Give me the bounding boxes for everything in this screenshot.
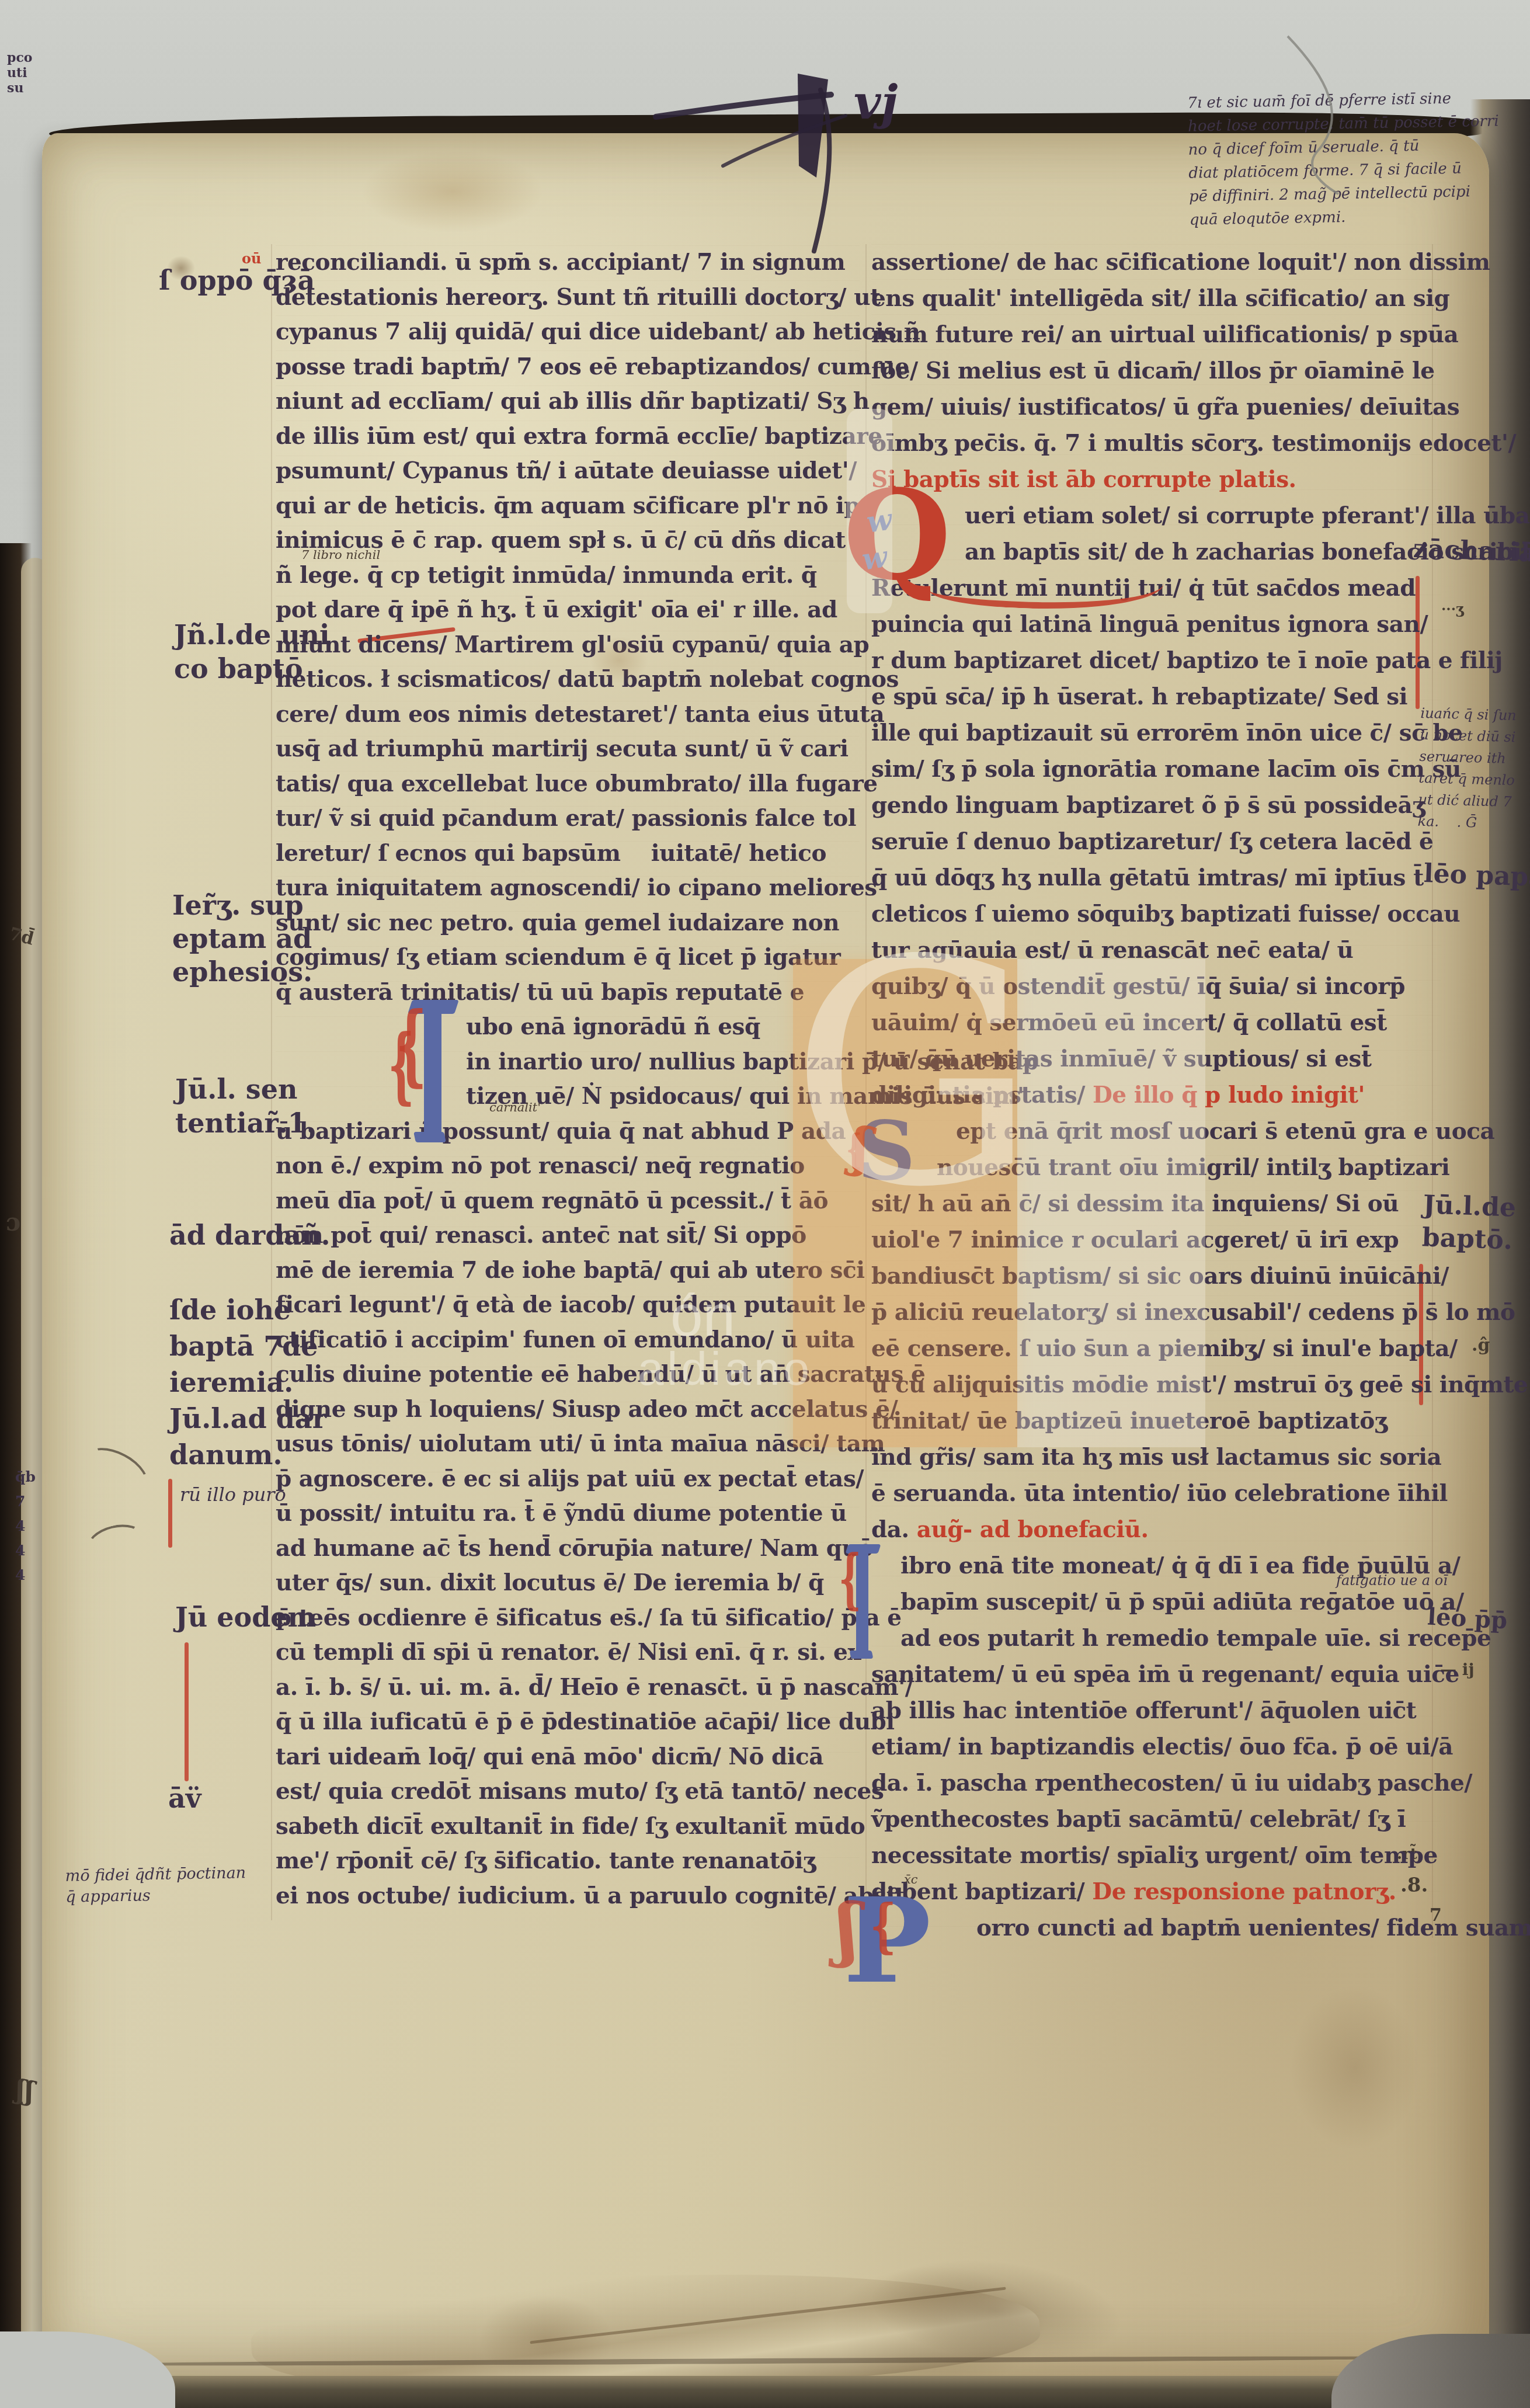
manuscript-photo: pcoutisu vj 7ı et sic uam̄ foī dē pferre… xyxy=(0,0,1530,2408)
initial-I-blue: { xyxy=(410,1000,457,1147)
initial-letter: P xyxy=(843,1889,969,1994)
interlinear-gloss: 7 libro nichil xyxy=(301,548,380,562)
initial-Q-red: Q w w xyxy=(843,481,966,607)
blue-penwork: w xyxy=(864,502,894,539)
ink-dots: ···ʒ xyxy=(1441,600,1464,617)
edge-scrap-note: pcoutisu xyxy=(7,50,32,96)
red-penwork: { xyxy=(839,1541,861,1616)
margin-note-bottom-left: mō fidei q̄dñt p̄octinanq̄ apparius xyxy=(65,1863,246,1907)
edge-ink-mark: ɔ xyxy=(6,1208,21,1236)
red-penwork: { xyxy=(870,1891,896,1960)
ink-mark-g: .ĝ xyxy=(1472,1335,1490,1356)
scan-fiber xyxy=(1261,29,1378,204)
blue-penwork: w xyxy=(860,539,889,576)
red-bracket xyxy=(168,1479,172,1548)
interlinear-gloss: carnalit' xyxy=(489,1100,541,1114)
margin-rubric-augustinus: āv̈ xyxy=(168,1782,201,1814)
bottom-leaf-edge xyxy=(47,2376,1477,2408)
initial-P-blue: P { ʃ xyxy=(843,1889,969,2009)
red-penwork: { xyxy=(846,1125,862,1173)
red-bracket xyxy=(185,1642,189,1781)
initial-S-blue: S ʃ { xyxy=(857,1113,922,1195)
initial-I-blue-2: { xyxy=(847,1544,879,1660)
edge-ink-column: q̄b7444 xyxy=(15,1465,36,1587)
margin-note-in-illo-puro: rū illo puro xyxy=(180,1483,286,1506)
red-penwork: { xyxy=(396,993,427,1096)
quire-number: vj xyxy=(854,75,898,130)
text-column-1: reconciliandi. ū spm̄ s. accipiant/ 7 in… xyxy=(276,245,860,1913)
